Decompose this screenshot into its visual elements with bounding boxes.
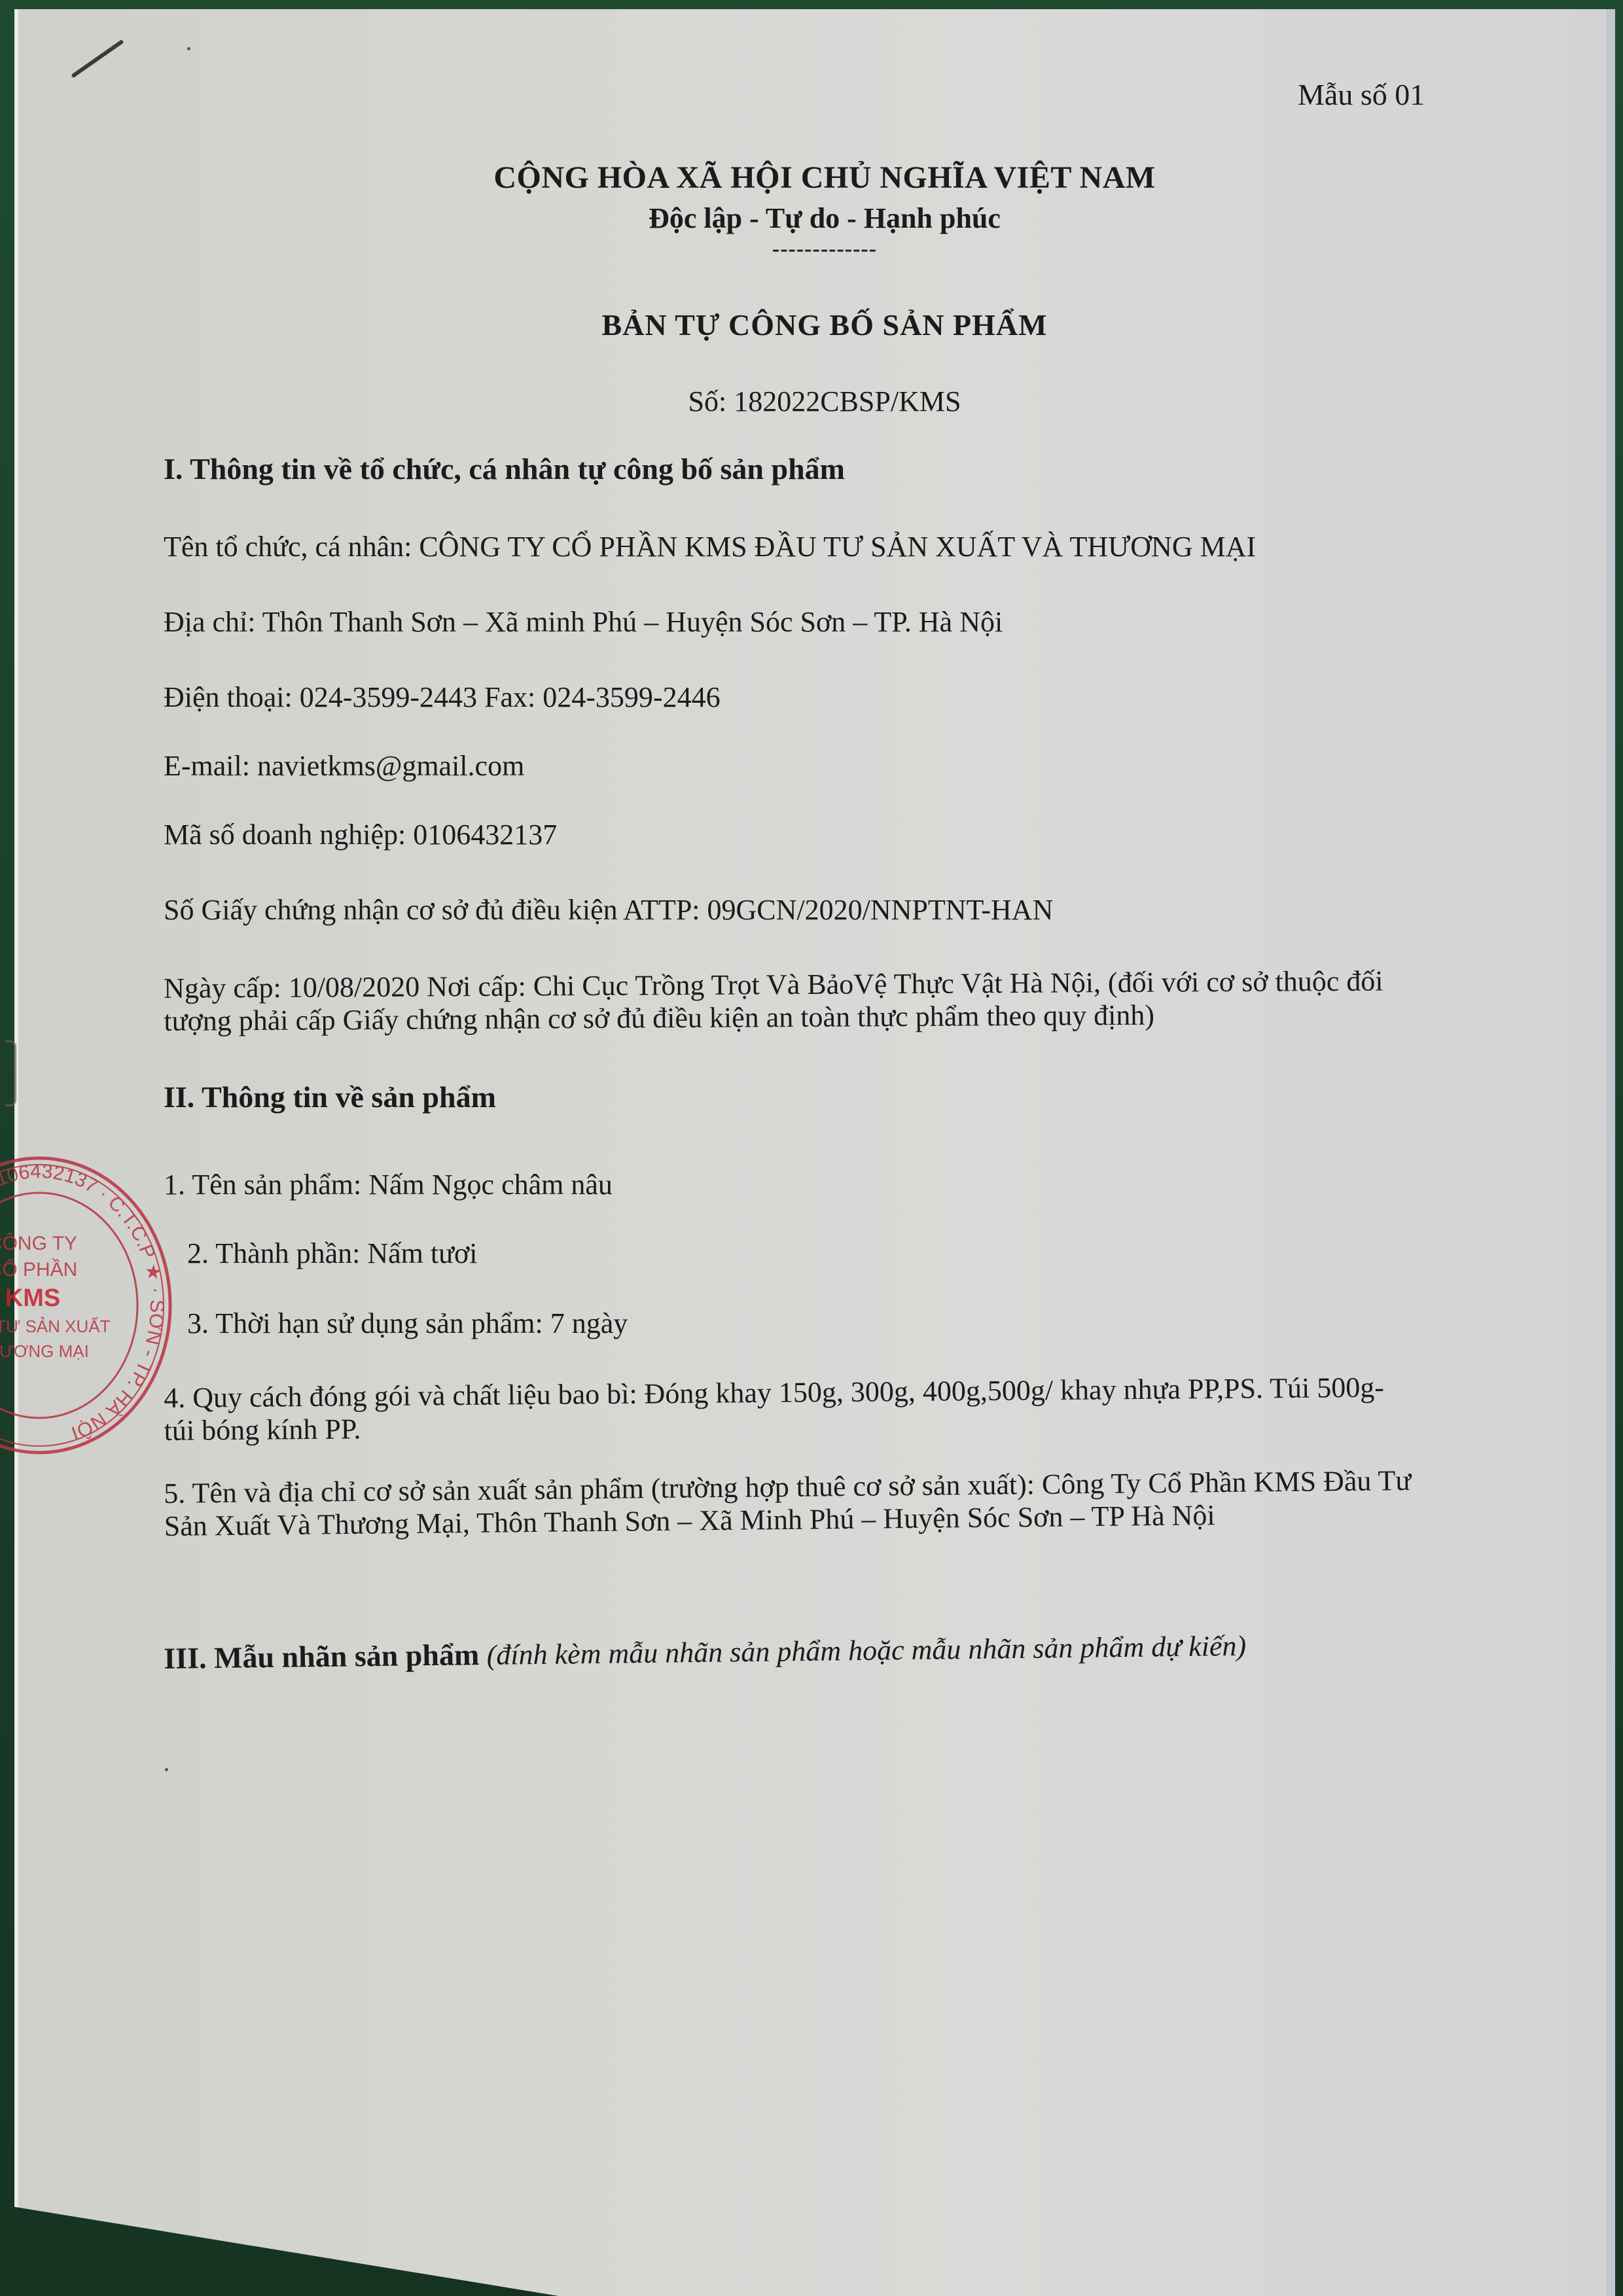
company-seal-stamp: 0106432137 · C.T.C.P ★ · SƠN - TP. HÀ NỘ… bbox=[0, 1152, 177, 1459]
section-3-title: III. Mẫu nhãn sản phẩm bbox=[164, 1638, 480, 1675]
business-code: Mã số doanh nghiệp: 0106432137 bbox=[164, 818, 557, 851]
product-ingredients: 2. Thành phần: Nấm tươi bbox=[187, 1237, 477, 1270]
ink-speck bbox=[187, 47, 190, 50]
section-2-heading: II. Thông tin về sản phẩm bbox=[164, 1080, 496, 1114]
document-page: Mẫu số 01 CỘNG HÒA XÃ HỘI CHỦ NGHĨA VIỆT… bbox=[0, 0, 1623, 2296]
ink-speck bbox=[165, 1768, 168, 1771]
form-number: Mẫu số 01 bbox=[1298, 77, 1425, 112]
section-3-heading: III. Mẫu nhãn sản phẩm (đính kèm mẫu nhã… bbox=[164, 1628, 1246, 1676]
org-email: E-mail: navietkms@gmail.com bbox=[164, 749, 524, 783]
section-3-note: (đính kèm mẫu nhãn sản phẩm hoặc mẫu nhã… bbox=[486, 1630, 1246, 1671]
product-name: 1. Tên sản phẩm: Nấm Ngọc châm nâu bbox=[164, 1168, 613, 1201]
manufacturer-info: 5. Tên và địa chỉ cơ sở sản xuất sản phẩ… bbox=[164, 1464, 1421, 1543]
national-motto: Độc lập - Tự do - Hạnh phúc bbox=[0, 202, 1623, 235]
nation-header: CỘNG HÒA XÃ HỘI CHỦ NGHĨA VIỆT NAM bbox=[0, 160, 1623, 196]
header-divider: ------------- bbox=[0, 237, 1623, 262]
stamp-line: THƯƠNG MẠI bbox=[0, 1341, 89, 1361]
org-phone-fax: Điện thoại: 024-3599-2443 Fax: 024-3599-… bbox=[164, 680, 721, 714]
pen-mark bbox=[71, 39, 124, 78]
certificate-issue-info: Ngày cấp: 10/08/2020 Nơi cấp: Chi Cục Tr… bbox=[164, 964, 1421, 1038]
binder-mark bbox=[5, 1040, 16, 1106]
product-packaging: 4. Quy cách đóng gói và chất liệu bao bì… bbox=[164, 1371, 1421, 1447]
document-title: BẢN TỰ CÔNG BỐ SẢN PHẨM bbox=[0, 308, 1623, 342]
stamp-line: CÔNG TY bbox=[0, 1232, 77, 1254]
stamp-line: CỔ PHẦN bbox=[0, 1258, 77, 1280]
food-safety-certificate: Số Giấy chứng nhận cơ sở đủ điều kiện AT… bbox=[164, 893, 1053, 927]
document-number: Số: 182022CBSP/KMS bbox=[0, 385, 1623, 418]
stamp-line: KMS bbox=[5, 1284, 60, 1312]
org-address: Địa chỉ: Thôn Thanh Sơn – Xã minh Phú – … bbox=[164, 605, 1003, 639]
product-shelf-life: 3. Thời hạn sử dụng sản phẩm: 7 ngày bbox=[187, 1307, 628, 1340]
section-1-heading: I. Thông tin về tổ chức, cá nhân tự công… bbox=[164, 451, 845, 486]
org-name: Tên tổ chức, cá nhân: CÔNG TY CỔ PHẦN KM… bbox=[164, 530, 1256, 563]
stamp-line: ĐẦU TƯ SẢN XUẤT bbox=[0, 1316, 111, 1336]
